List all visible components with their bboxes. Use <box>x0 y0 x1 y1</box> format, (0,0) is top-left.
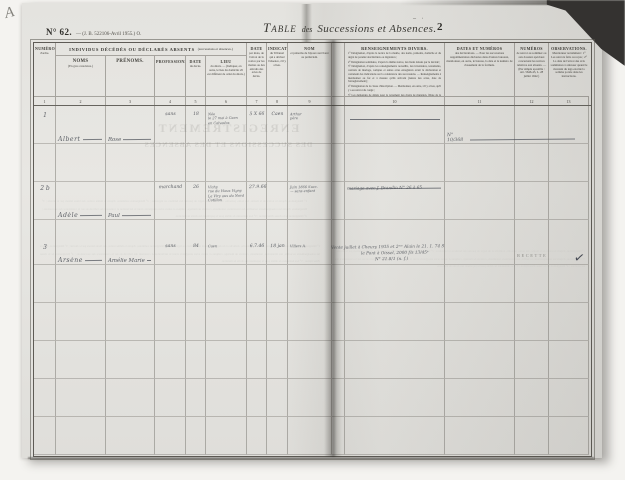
column-number: 10 <box>345 96 445 105</box>
ink-flourish <box>122 215 151 216</box>
table-cell: Caen <box>206 220 247 265</box>
column-number: 12 <box>515 96 549 105</box>
header-cell-lieu-deces: LIEU du décès. — (Indiquer, en outre, le… <box>206 56 247 96</box>
table-cell <box>445 379 515 417</box>
stamp-text: RECETTE <box>517 253 547 258</box>
entry-numero: 1 <box>36 112 54 119</box>
table-cell <box>247 303 267 341</box>
entry-renseignements-line: N° 21.8/1 (n. f.) <box>347 256 443 263</box>
table-cell <box>515 106 549 144</box>
scanned-register-page: A N° 62. — (J. B. 522106-Avril 1955.) O.… <box>0 0 625 480</box>
table-cell <box>186 341 206 379</box>
header-note: des déclarations. — Pour les successions… <box>446 52 513 68</box>
table-cell <box>515 303 549 341</box>
table-cell <box>515 144 549 182</box>
entry-date-deces: 84 <box>188 244 204 249</box>
header-label: PROFESSIONS. <box>156 59 184 64</box>
table-cell <box>56 265 106 303</box>
table-cell <box>186 144 206 182</box>
entry-date-deces: 18 <box>188 112 204 117</box>
table-cell: Vichyrue du Vieux VignyLa Viry aux du No… <box>206 182 247 220</box>
entry-nom: Arsène <box>58 257 83 264</box>
entry-numero: 2 b <box>36 185 54 192</box>
entry-lieu-line: Caen <box>208 244 245 249</box>
column-number: 1 <box>34 96 56 105</box>
entry-date-envoi: 27.9.66 <box>249 185 265 190</box>
table-cell: 18 <box>186 106 206 144</box>
table-cell <box>549 265 589 303</box>
header-cell-tribunal: INDICATION du Tribunal qui a déclaré l'a… <box>267 43 288 96</box>
entry-profession: sans <box>157 112 184 117</box>
header-label: RENSEIGNEMENTS DIVERS. <box>346 46 443 51</box>
table-cell <box>56 417 106 455</box>
table-cell: 84 <box>186 220 206 265</box>
page-number: 2 <box>437 21 443 33</box>
group-header: INDIVIDUS DÉCÉDÉS OU DÉCLARÉS ABSENTS (s… <box>56 43 247 56</box>
table-cell <box>445 303 515 341</box>
entry-prenoms: Rose <box>108 137 121 143</box>
table-cell <box>155 265 186 303</box>
column-number: 8 <box>267 96 288 105</box>
table-cell <box>332 303 345 341</box>
table-cell: Vente juillet à Cheury 1935 et 2ᵐᵉ Alain… <box>345 220 445 265</box>
table-cell <box>56 379 106 417</box>
table-cell <box>267 341 288 379</box>
form-ref-text: — (J. B. 522106-Avril 1955.) O. <box>76 32 141 37</box>
succession-table: NUMÉROS d'ordre. INDIVIDUS DÉCÉDÉS OU DÉ… <box>33 42 592 457</box>
table-cell: Caen <box>267 106 288 144</box>
column-number: 6 <box>206 96 247 105</box>
table-cell <box>445 417 515 455</box>
table-cell <box>332 144 345 182</box>
table-cell: sans <box>155 220 186 265</box>
table-cell <box>186 417 206 455</box>
table-cell <box>155 144 186 182</box>
form-reference: N° 62. — (J. B. 522106-Avril 1955.) O. <box>46 22 141 40</box>
photo-edge-shadow <box>400 0 550 5</box>
entry-epoux-line: Villers A. <box>290 244 330 249</box>
table-cell <box>206 379 247 417</box>
table-cell: 5 X 66 <box>247 106 267 144</box>
table-cell <box>549 417 589 455</box>
table-cell <box>515 182 549 220</box>
table-cell: 6.7.46 <box>247 220 267 265</box>
title-word-table: Table <box>263 20 297 36</box>
table-cell <box>332 106 345 144</box>
table-cell <box>34 341 56 379</box>
table-cell <box>345 303 445 341</box>
table-cell <box>267 379 288 417</box>
table-cell <box>186 265 206 303</box>
renseignements-item: 1° Désignation, d'après la notice de la … <box>346 52 443 60</box>
table-cell <box>56 303 106 341</box>
title-word-des: des <box>302 25 313 34</box>
header-cell-dates-numeros: DATES ET NUMÉROS des déclarations. — Pou… <box>445 43 515 96</box>
table-cell <box>345 265 445 303</box>
table-cell: Albert <box>56 106 106 144</box>
table-cell <box>155 341 186 379</box>
table-cell <box>186 379 206 417</box>
table-cell <box>34 265 56 303</box>
table-cell <box>332 220 345 265</box>
table-cell: 26 <box>186 182 206 220</box>
table-cell: Arsène <box>56 220 106 265</box>
table-cell <box>34 379 56 417</box>
header-cell-numeros-renvoi: NUMÉROS de renvoi au sommier ou aux doss… <box>515 43 549 96</box>
table-cell: marchand <box>155 182 186 220</box>
table-cell <box>267 265 288 303</box>
column-number: 3 <box>106 96 155 105</box>
header-cell-noms: NOMS (En gros caractères.) <box>56 56 106 96</box>
table-cell <box>34 303 56 341</box>
group-header-main: INDIVIDUS DÉCÉDÉS OU DÉCLARÉS ABSENTS <box>69 47 195 52</box>
table-cell <box>247 265 267 303</box>
table-cell <box>345 106 445 144</box>
table-cell <box>34 144 56 182</box>
table-cell: N° 10/368 <box>445 106 515 144</box>
column-number: 13 <box>549 96 589 105</box>
pencil-letter-mark: A <box>3 4 16 23</box>
entry-epoux-line: père <box>290 116 330 121</box>
ink-rule <box>350 119 440 120</box>
table-cell <box>332 341 345 379</box>
table-cell <box>247 417 267 455</box>
column-number: 11 <box>445 96 515 105</box>
header-note: d'ordre. <box>35 52 54 56</box>
table-cell <box>549 144 589 182</box>
entry-date-envoi: 5 X 66 <box>249 112 265 117</box>
header-note: de renvoi au sommier ou aux dossiers spé… <box>516 52 547 79</box>
ink-flourish <box>80 215 102 216</box>
header-cell-observations: OBSERVATIONS. Mentionner notamment : 1° … <box>549 43 589 96</box>
renseignements-item: 2° Désignation sommaire, d'après la même… <box>346 61 443 65</box>
table-cell <box>267 144 288 182</box>
table-cell: RECETTE <box>515 220 549 265</box>
header-note: du décès. <box>187 65 204 69</box>
ink-flourish <box>85 260 102 261</box>
table-cell <box>247 144 267 182</box>
table-cell <box>445 220 515 265</box>
table-cell <box>345 341 445 379</box>
column-number: 2 <box>56 96 106 105</box>
table-cell <box>345 144 445 182</box>
table-cell: 18 jan <box>267 220 288 265</box>
header-note: du décès. — (Indiquer, en outre, le lieu… <box>207 65 245 77</box>
header-note: Mentionner notamment : 1° Les renvois fa… <box>550 52 588 79</box>
table-header: NUMÉROS d'ordre. INDIVIDUS DÉCÉDÉS OU DÉ… <box>34 43 591 106</box>
checkmark-icon: ✓ <box>550 245 586 267</box>
column-number: 5 <box>186 96 206 105</box>
table-cell: 3 <box>34 220 56 265</box>
table-cell <box>106 265 155 303</box>
table-cell <box>186 303 206 341</box>
table-cell <box>445 144 515 182</box>
table-cell <box>106 341 155 379</box>
entry-tribunal: Caen <box>269 112 286 117</box>
header-cell-prenoms: PRÉNOMS. <box>106 56 155 96</box>
table-cell <box>549 182 589 220</box>
header-label: PRÉNOMS. <box>107 59 153 64</box>
header-cell-date-envoi: DATE par mois, de l'envoi de la notice p… <box>247 43 267 96</box>
table-cell: Amélie Marie <box>106 220 155 265</box>
gutter-header-cell <box>332 43 345 96</box>
table-cell <box>515 341 549 379</box>
table-cell: Paul <box>106 182 155 220</box>
table-cell <box>267 417 288 455</box>
table-cell <box>267 303 288 341</box>
entry-numero: 3 <box>36 244 54 251</box>
table-cell: Néele 27 mai à Caenen Calvados <box>206 106 247 144</box>
table-cell <box>106 303 155 341</box>
entry-nom: Adèle <box>58 212 78 219</box>
table-cell <box>106 379 155 417</box>
page-title: Table des Successions et Absences. <box>263 20 436 36</box>
renseignements-item: 3° Désignation, d'après les renseignemen… <box>346 65 443 84</box>
ink-flourish <box>83 139 102 140</box>
table-cell: Villers A. <box>288 220 332 265</box>
column-number: 7 <box>247 96 267 105</box>
table-cell <box>206 303 247 341</box>
header-cell-renseignements: RENSEIGNEMENTS DIVERS. 1° Désignation, d… <box>345 43 445 96</box>
table-cell <box>445 182 515 220</box>
ink-flourish <box>147 260 151 261</box>
title-word-successions: Successions et Absences. <box>317 23 436 35</box>
table-cell <box>155 303 186 341</box>
table-cell <box>206 341 247 379</box>
table-cell <box>515 417 549 455</box>
entry-dates-numeros: N° 10/368 <box>447 133 468 143</box>
header-note: du Tribunal qui a déclaré l'absence, s'i… <box>268 52 286 68</box>
table-cell: Adèle <box>56 182 106 220</box>
entry-prenoms: Amélie Marie <box>108 258 145 264</box>
table-cell <box>332 265 345 303</box>
entry-profession: marchand <box>157 185 184 190</box>
table-cell <box>345 417 445 455</box>
table-cell: ✓ <box>549 220 589 265</box>
table-cell: Rose <box>106 106 155 144</box>
gutter-figure-cell <box>332 96 345 105</box>
table-cell <box>34 417 56 455</box>
table-cell: sans <box>155 106 186 144</box>
table-cell <box>206 144 247 182</box>
entry-date-deces: 26 <box>188 185 204 190</box>
table-cell <box>288 144 332 182</box>
header-cell-epoux: NOM et prénoms de l'époux survivant ou p… <box>288 43 332 96</box>
table-cell <box>345 379 445 417</box>
table-cell <box>288 341 332 379</box>
table-cell <box>549 379 589 417</box>
table-cell <box>445 341 515 379</box>
table-cell <box>155 379 186 417</box>
table-cell <box>332 182 345 220</box>
header-cell-date-deces: DATE du décès. <box>186 56 206 96</box>
table-cell <box>288 265 332 303</box>
table-cell <box>206 265 247 303</box>
table-cell <box>549 341 589 379</box>
group-header-paren: (successions et absences.) <box>198 47 233 51</box>
entry-tribunal: 18 jan <box>269 244 286 249</box>
renseignements-item: 4° Désignation de la classe d'inscriptio… <box>346 85 443 93</box>
form-number: N° 62. <box>46 27 72 37</box>
table-cell: 2 b <box>34 182 56 220</box>
entry-lieu-line: en Calvados <box>208 120 245 125</box>
table-cell: 27.9.66 <box>247 182 267 220</box>
table-cell <box>288 379 332 417</box>
table-cell <box>288 303 332 341</box>
table-cell <box>288 417 332 455</box>
entry-nom: Albert <box>58 136 81 143</box>
column-number: 4 <box>155 96 186 105</box>
table-cell <box>247 379 267 417</box>
page-bottom-edge <box>28 457 594 459</box>
ink-flourish <box>123 139 151 140</box>
header-note: et prénoms de l'époux survivant ou prédé… <box>289 52 330 60</box>
table-cell <box>445 265 515 303</box>
table-cell <box>56 341 106 379</box>
table-cell <box>106 417 155 455</box>
table-cell <box>206 417 247 455</box>
table-cell: Arthurpère <box>288 106 332 144</box>
header-note: par mois, de l'envoi de la notice par le… <box>248 52 265 79</box>
table-cell: mariage avec J. Brandin N° 26 à 65 <box>345 182 445 220</box>
entry-lieu-line: Cotillon <box>208 198 245 203</box>
table-cell <box>515 265 549 303</box>
header-cell-professions: PROFESSIONS. <box>155 56 186 96</box>
table-body: 1AlbertRosesans18Néele 27 mai à Caenen C… <box>34 106 591 455</box>
table-cell <box>332 417 345 455</box>
ink-smudge: ‒ · <box>413 16 426 22</box>
table-cell <box>267 182 288 220</box>
table-cell: Juin 1866 Succ.— sans enfant <box>288 182 332 220</box>
table-cell <box>106 144 155 182</box>
table-cell <box>56 144 106 182</box>
entry-epoux-line: — sans enfant <box>290 189 330 194</box>
entry-profession: sans <box>157 244 184 249</box>
column-number: 9 <box>288 96 332 105</box>
header-cell-numeros: NUMÉROS d'ordre. <box>34 43 56 96</box>
entry-prenoms: Paul <box>108 213 120 219</box>
table-cell <box>549 303 589 341</box>
table-cell <box>549 106 589 144</box>
entry-date-envoi: 6.7.46 <box>249 244 265 249</box>
table-cell <box>332 379 345 417</box>
header-note: (En gros caractères.) <box>57 65 104 69</box>
table-cell <box>155 417 186 455</box>
table-cell <box>515 379 549 417</box>
table-cell: 1 <box>34 106 56 144</box>
table-cell <box>247 341 267 379</box>
